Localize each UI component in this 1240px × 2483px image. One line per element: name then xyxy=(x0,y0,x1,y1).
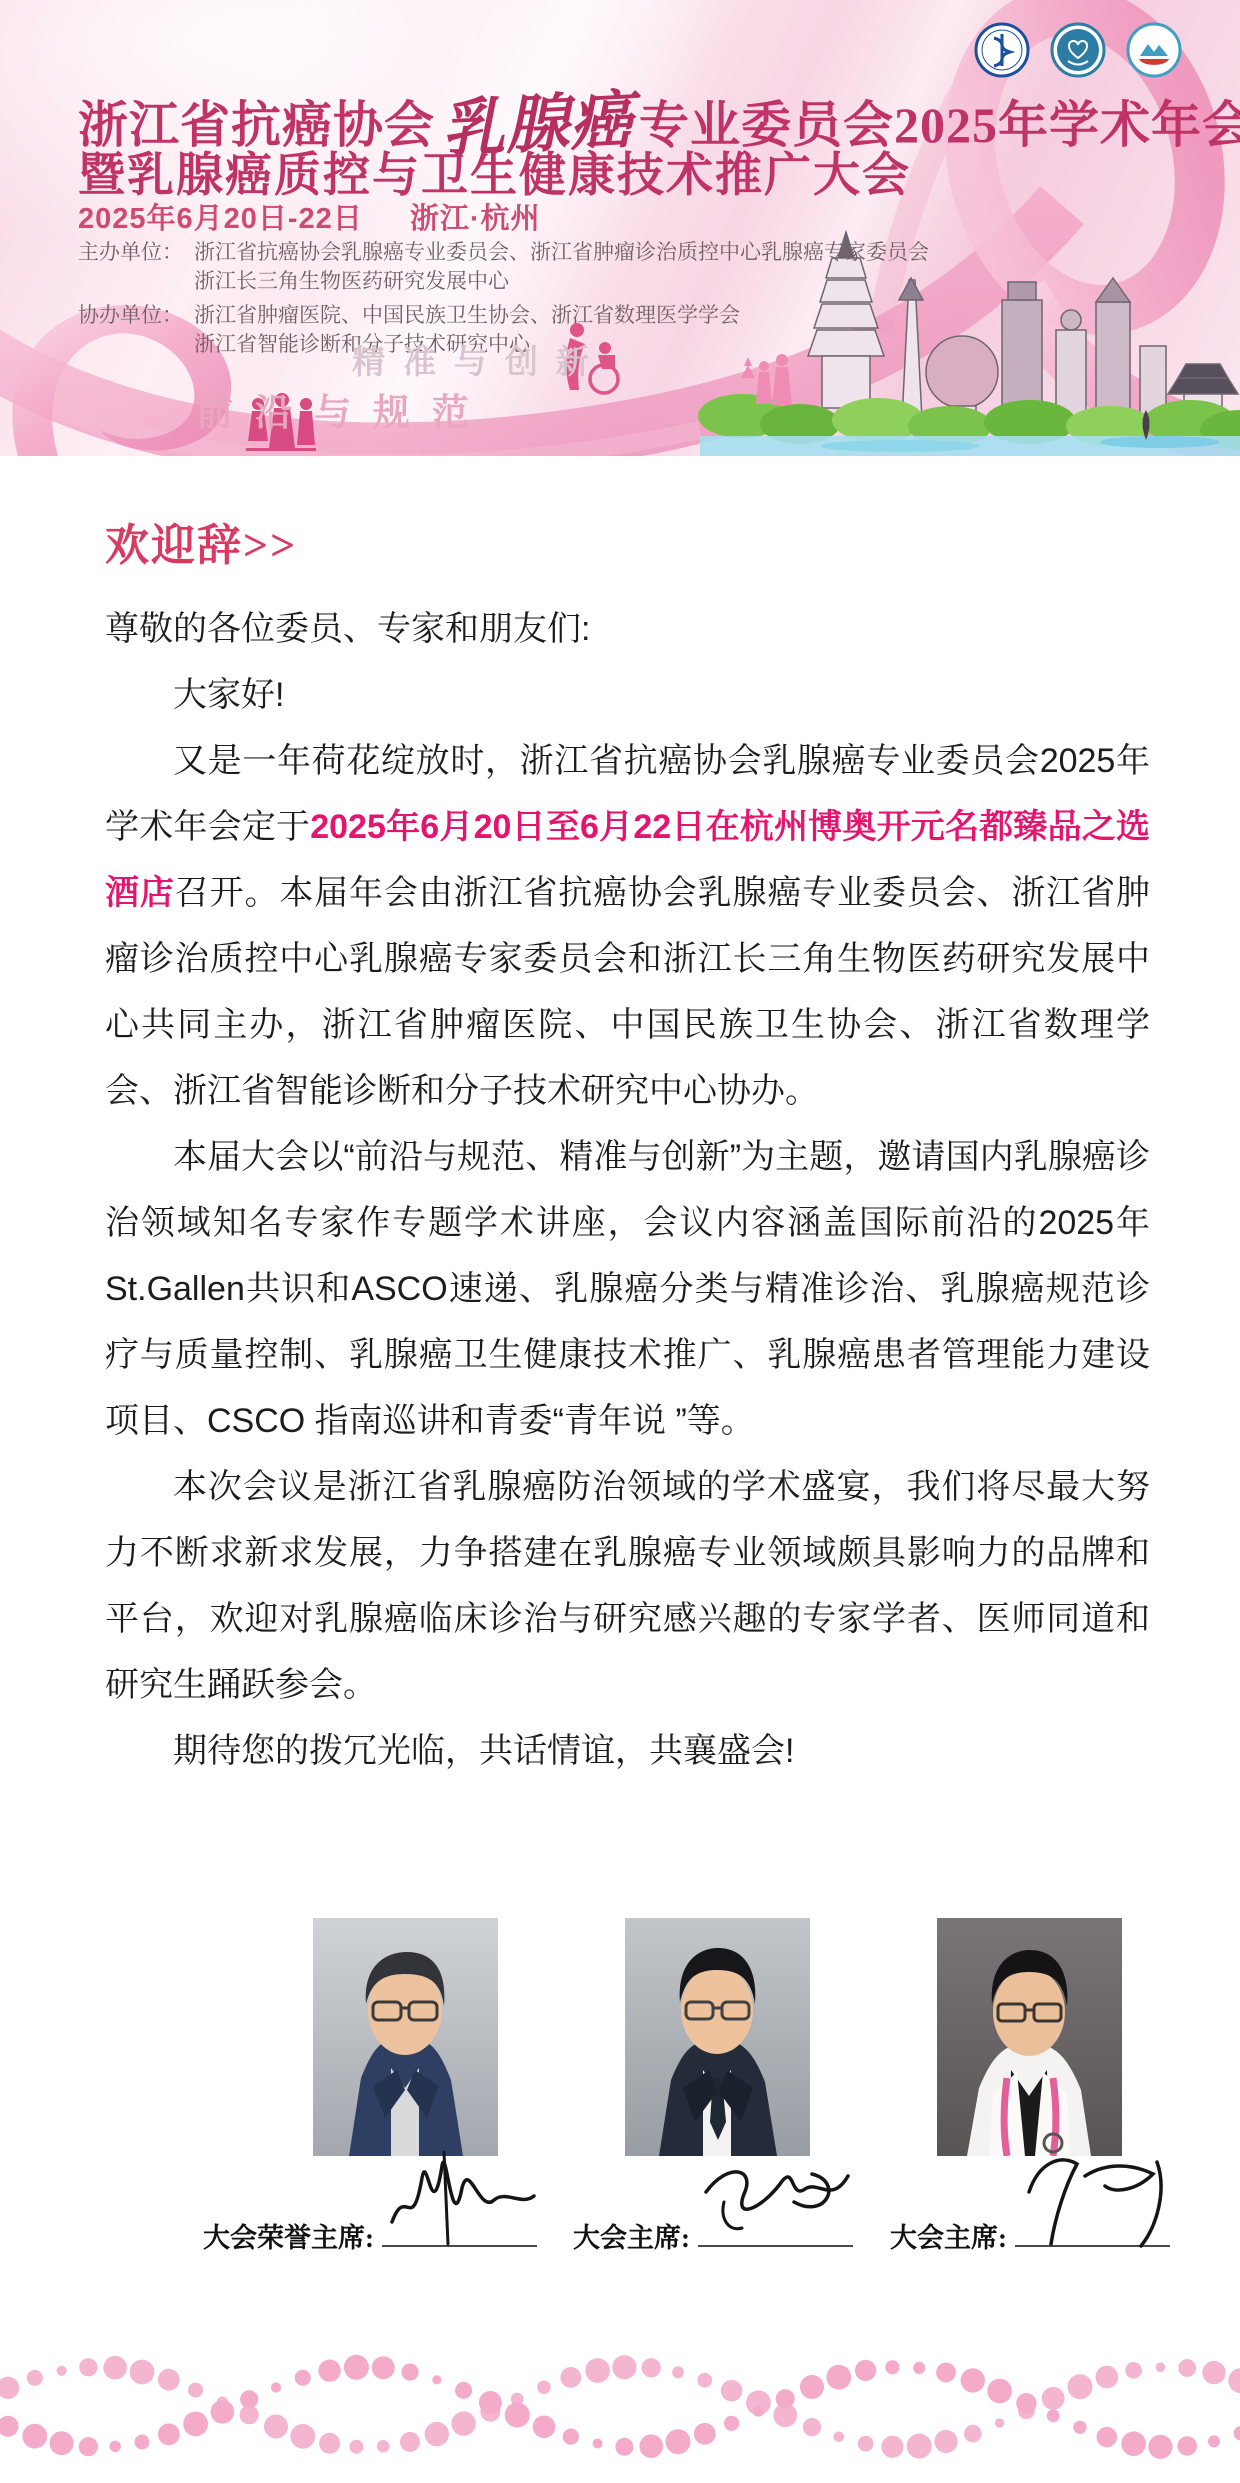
date-location-line: 2025年6月20日-22日 浙江·杭州 xyxy=(78,196,541,237)
greeting: 大家好! xyxy=(105,662,1150,728)
page-title-line2: 暨乳腺癌质控与卫生健康技术推广大会 xyxy=(78,138,911,205)
cohosts-label: 协办单位： xyxy=(78,301,194,359)
paragraph-4: 期待您的拨冗光临，共话情谊，共襄盛会! xyxy=(105,1718,1150,1784)
welcome-heading: 欢迎辞>> xyxy=(105,518,1150,573)
location: 浙江·杭州 xyxy=(410,203,541,235)
conference-banner: 浙江省抗癌协会乳腺癌专业委员会2025年学术年会 暨乳腺癌质控与卫生健康技术推广… xyxy=(0,0,1240,456)
paragraph-1: 又是一年荷花绽放时，浙江省抗癌协会乳腺癌专业委员会2025年学术年会定于2025… xyxy=(105,728,1150,1124)
paragraph-2: 本届大会以“前沿与规范、精准与创新”为主题，邀请国内乳腺癌诊治领域知名专家作专题… xyxy=(105,1124,1150,1454)
watermark-frontier-standard: 前沿与规范 xyxy=(196,382,491,436)
dots-wave-graphic xyxy=(0,2331,1240,2483)
signature-handwriting xyxy=(382,2239,537,2247)
signature-handwriting xyxy=(1015,2239,1170,2247)
honorary-chair-photo xyxy=(313,1918,498,2156)
hosts-line-2: 浙江长三角生物医药研究发展中心 xyxy=(194,267,929,296)
welcome-letter-section: 欢迎辞>> 尊敬的各位委员、专家和朋友们: 大家好! 又是一年荷花绽放时，浙江省… xyxy=(105,456,1150,1784)
signature-handwriting xyxy=(698,2239,853,2247)
chair-role-label: 大会主席: xyxy=(573,2223,690,2253)
paragraph-1-suffix: 召开。本届年会由浙江省抗癌协会乳腺癌专业委员会、浙江省肿瘤诊治质控中心乳腺癌专家… xyxy=(105,874,1150,1110)
paragraph-3: 本次会议是浙江省乳腺癌防治领域的学术盛宴，我们将尽最大努力不断求新求发展，力争搭… xyxy=(105,1454,1150,1718)
welcome-body: 尊敬的各位委员、专家和朋友们: 大家好! 又是一年荷花绽放时，浙江省抗癌协会乳腺… xyxy=(105,596,1150,1784)
honorary-chair-signature-block: 大会荣誉主席: xyxy=(203,2216,537,2255)
chair-2-signature-block: 大会主席: xyxy=(890,2216,1170,2255)
chairs-section: 大会荣誉主席: 大会主席: 大会主席: xyxy=(0,1918,1240,2312)
chair-1-signature-block: 大会主席: xyxy=(573,2216,853,2255)
watermark-precision-innovation: 精准与创新 xyxy=(352,336,607,383)
date-range: 2025年6月20日-22日 xyxy=(78,203,363,235)
cohosts-line-1: 浙江省肿瘤医院、中国民族卫生协会、浙江省数理医学学会 xyxy=(194,301,740,330)
hosts-label: 主办单位： xyxy=(78,238,194,296)
hosts-line-1: 浙江省抗癌协会乳腺癌专业委员会、浙江省肿瘤诊治质控中心乳腺癌专家委员会 xyxy=(194,238,929,267)
salutation: 尊敬的各位委员、专家和朋友们: xyxy=(105,596,1150,662)
dots-footer xyxy=(0,2331,1240,2483)
hosts-row: 主办单位： 浙江省抗癌协会乳腺癌专业委员会、浙江省肿瘤诊治质控中心乳腺癌专家委员… xyxy=(78,238,929,296)
chair-photo-2 xyxy=(937,1918,1122,2156)
chair-role-label: 大会荣誉主席: xyxy=(203,2223,374,2253)
chair-signatures-row: 大会荣誉主席: 大会主席: 大会主席: xyxy=(0,2192,1240,2312)
chair-photo-1 xyxy=(625,1918,810,2156)
chair-role-label: 大会主席: xyxy=(890,2223,1007,2253)
chair-photos-row xyxy=(0,1918,1240,2156)
